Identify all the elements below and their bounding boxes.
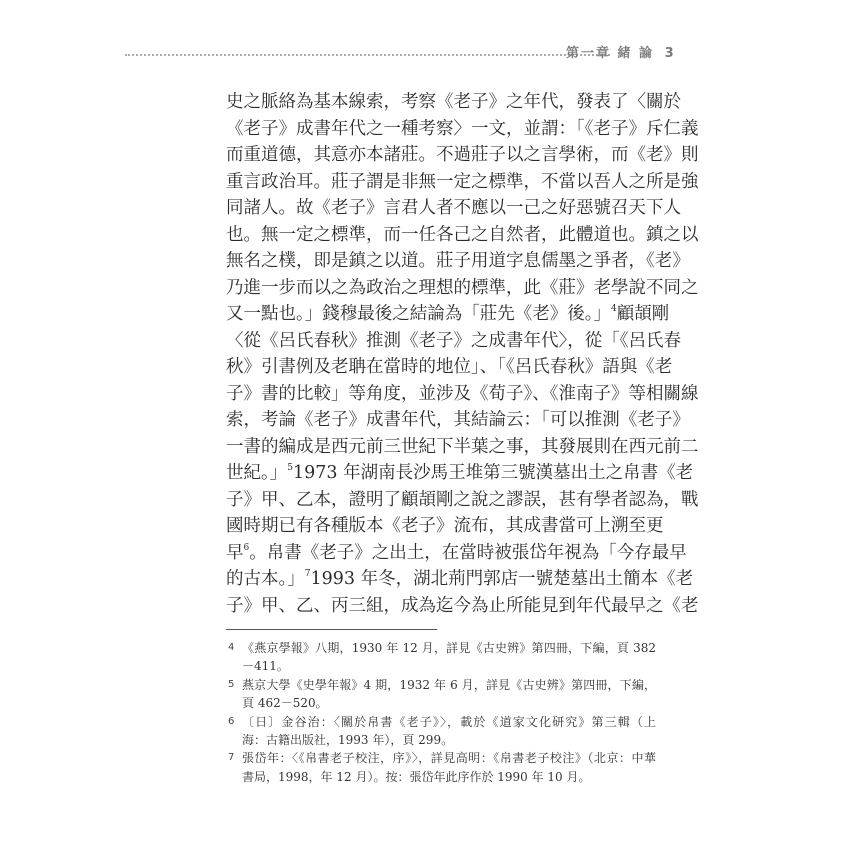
- body-line: 索，考論《老子》成書年代，其結論云：「可以推測《老子》: [226, 407, 656, 434]
- body-line-text: 早: [226, 543, 244, 563]
- body-line: 子》甲、乙本，證明了顧頡剛之說之謬誤，甚有學者認為，戰: [226, 487, 656, 514]
- footnote-line: 〔日〕金谷治：〈關於帛書《老子》〉，載於《道家文化研究》第三輯（上: [242, 713, 656, 731]
- footnote-line: 海：古籍出版社，1993 年），頁 299。: [242, 731, 656, 749]
- body-line: 子》甲、乙、丙三組，成為迄今為止所能見到年代最早之《老: [226, 593, 656, 620]
- body-line: 《老子》成書年代之一種考察〉一文，並謂：「《老子》斥仁義: [226, 116, 656, 143]
- body-line: 無名之樸，即是鎮之以道。莊子用道字息儒墨之爭者，《老》: [226, 248, 656, 275]
- footnote-line: 書局，1998，年 12 月）。按：張岱年此序作於 1990 年 10 月。: [242, 768, 656, 786]
- footnote: 7張岱年：〈《帛書老子校注，序》〉，詳見高明：《帛書老子校注》（北京：中華書局，…: [226, 749, 656, 786]
- body-line: 一書的編成是西元前三世紀下半葉之事，其發展則在西元前二: [226, 434, 656, 461]
- footnote-number: 6: [228, 713, 234, 731]
- footnote-line: 燕京大學《史學年報》4 期，1932 年 6 月，詳見《古史辨》第四冊，下編，: [242, 676, 656, 694]
- body-line-text: 顧頡剛: [617, 304, 670, 324]
- footnote-line: －411。: [242, 657, 656, 675]
- body-line-text: 1993 年冬，湖北荊門郭店一號楚墓出土簡本《老: [310, 569, 693, 589]
- body-line-text: 世紀。」: [226, 463, 287, 483]
- body-line: 史之脈絡為基本線索，考察《老子》之年代，發表了〈關於: [226, 89, 656, 116]
- body-line: 世紀。」51973 年湖南長沙馬王堆第三號漢墓出土之帛書《老: [226, 460, 656, 487]
- body-line: 子》書的比較」等角度，並涉及《荀子》、《淮南子》等相關線: [226, 381, 656, 408]
- body-line-text: 。帛書《老子》之出土，在當時被張岱年視為「今存最早: [249, 543, 687, 563]
- footnote-line: 張岱年：〈《帛書老子校注，序》〉，詳見高明：《帛書老子校注》（北京：中華: [242, 749, 656, 767]
- footnote: 4《燕京學報》八期，1930 年 12 月，詳見《古史辨》第四冊，下編，頁 38…: [226, 639, 656, 676]
- footnote-number: 4: [228, 639, 234, 657]
- chapter-title: 第一章 緒 論: [566, 46, 654, 61]
- body-line: 乃進一步而以之為政治之理想的標準，此《莊》老學說不同之: [226, 275, 656, 302]
- footnote-line: 頁 462－520。: [242, 694, 656, 712]
- header-dotted-rule: [125, 54, 610, 56]
- running-header: 第一章 緒 論 3: [0, 40, 850, 60]
- body-line: 的古本。」71993 年冬，湖北荊門郭店一號楚墓出土簡本《老: [226, 566, 656, 593]
- body-line: 〈從《呂氏春秋》推測《老子》之成書年代〉，從「《呂氏春: [226, 328, 656, 355]
- body-line: 重言政治耳。莊子謂是非無一定之標準，不當以吾人之所是強: [226, 169, 656, 196]
- footnote-rule: [226, 629, 437, 630]
- footnotes: 4《燕京學報》八期，1930 年 12 月，詳見《古史辨》第四冊，下編，頁 38…: [226, 639, 656, 786]
- footnote-line: 《燕京學報》八期，1930 年 12 月，詳見《古史辨》第四冊，下編，頁 382: [242, 639, 656, 657]
- body-text: 史之脈絡為基本線索，考察《老子》之年代，發表了〈關於《老子》成書年代之一種考察〉…: [226, 89, 656, 619]
- body-line-text: 的古本。」: [226, 569, 305, 589]
- body-line: 秋》引書例及老聃在當時的地位」、「《呂氏春秋》語與《老: [226, 354, 656, 381]
- body-line-text: 又一點也。」錢穆最後之結論為「莊先《老》後。」: [226, 304, 611, 324]
- footnote-number: 5: [228, 676, 234, 694]
- header-title: 第一章 緒 論 3: [566, 42, 676, 61]
- body-line: 而重道德，其意亦本諸莊。不過莊子以之言學術，而《老》則: [226, 142, 656, 169]
- footnote-number: 7: [228, 749, 234, 767]
- body-line-text: 1973 年湖南長沙馬王堆第三號漢墓出土之帛書《老: [293, 463, 693, 483]
- body-line: 同諸人。故《老子》言君人者不應以一己之好惡號召天下人: [226, 195, 656, 222]
- body-line: 也。無一定之標準，而一任各己之自然者，此體道也。鎮之以: [226, 222, 656, 249]
- footnote: 6〔日〕金谷治：〈關於帛書《老子》〉，載於《道家文化研究》第三輯（上海：古籍出版…: [226, 713, 656, 750]
- page-number: 3: [665, 46, 676, 61]
- body-line: 早6。帛書《老子》之出土，在當時被張岱年視為「今存最早: [226, 540, 656, 567]
- body-line: 國時期已有各種版本《老子》流布，其成書當可上溯至更: [226, 513, 656, 540]
- body-line: 又一點也。」錢穆最後之結論為「莊先《老》後。」4顧頡剛: [226, 301, 656, 328]
- footnote: 5燕京大學《史學年報》4 期，1932 年 6 月，詳見《古史辨》第四冊，下編，…: [226, 676, 656, 713]
